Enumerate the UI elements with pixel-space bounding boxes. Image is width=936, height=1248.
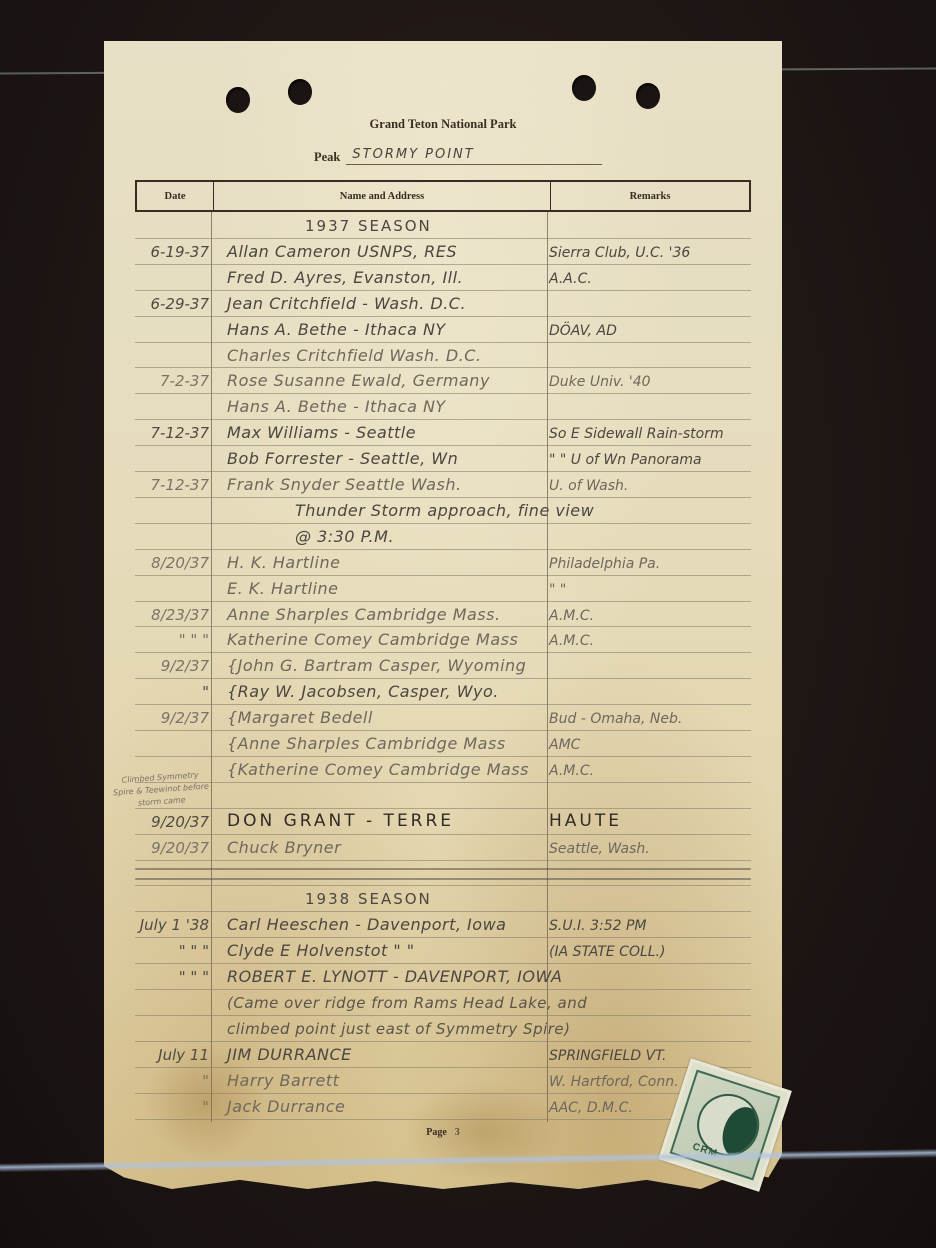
entry-name: @ 3:30 P.M. — [295, 527, 394, 546]
entry-remarks: Duke Univ. '40 — [549, 374, 651, 390]
entry-remarks: A.M.C. — [549, 763, 594, 779]
log-entry: Bob Forrester - Seattle, Wn" " U of Wn P… — [135, 445, 751, 471]
entry-name: ROBERT E. LYNOTT - DAVENPORT, IOWA — [227, 967, 562, 986]
page-number: 3 — [455, 1127, 460, 1138]
entry-name: {Margaret Bedell — [227, 708, 373, 727]
log-entry: {Katherine Comey Cambridge MassA.M.C. — [135, 756, 751, 782]
log-entry: 6-19-37Allan Cameron USNPS, RESSierra Cl… — [135, 238, 751, 264]
entry-name: Katherine Comey Cambridge Mass — [227, 630, 518, 649]
entry-date: " " " — [113, 942, 209, 960]
entry-name: Chuck Bryner — [227, 838, 341, 857]
entry-date: 8/20/37 — [113, 554, 209, 572]
log-entry: "{Ray W. Jacobsen, Casper, Wyo. — [135, 678, 751, 704]
page-label: Page — [426, 1127, 447, 1138]
log-entry: 6-29-37Jean Critchfield - Wash. D.C. — [135, 290, 751, 316]
entry-date: 7-2-37 — [113, 372, 209, 390]
entry-remarks: HAUTE — [549, 811, 622, 831]
log-entry: climbed point just east of Symmetry Spir… — [135, 1015, 751, 1041]
entry-name: Clyde E Holvenstot " " — [227, 941, 415, 960]
log-entry: E. K. Hartline" " — [135, 575, 751, 601]
entry-date: " " " — [113, 631, 209, 649]
entry-name: Allan Cameron USNPS, RES — [227, 242, 457, 261]
log-entry: 7-12-37Max Williams - SeattleSo E Sidewa… — [135, 419, 751, 445]
entry-remarks: U. of Wash. — [549, 478, 628, 494]
entry-name: Rose Susanne Ewald, Germany — [227, 371, 490, 390]
punch-hole-icon — [636, 83, 660, 109]
stamp-frame: CRM — [670, 1070, 781, 1181]
entry-remarks: A.M.C. — [549, 608, 594, 624]
entry-name: E. K. Hartline — [227, 579, 339, 598]
entry-name: H. K. Hartline — [227, 553, 340, 572]
entry-remarks: AAC, D.M.C. — [549, 1100, 633, 1116]
entry-name: Carl Heeschen - Davenport, Iowa — [227, 915, 506, 934]
form-title: Grand Teton National Park — [104, 117, 782, 132]
column-header-remarks: Remarks — [551, 182, 749, 210]
entry-remarks: " " — [549, 582, 566, 598]
log-entry: 7-2-37Rose Susanne Ewald, GermanyDuke Un… — [135, 367, 751, 393]
punch-hole-icon — [572, 75, 596, 101]
log-entry: 9/2/37{Margaret BedellBud - Omaha, Neb. — [135, 704, 751, 730]
log-entry: July 1 '38Carl Heeschen - Davenport, Iow… — [135, 911, 751, 937]
entry-name: Hans A. Bethe - Ithaca NY — [227, 397, 446, 416]
entry-remarks: Sierra Club, U.C. '36 — [549, 245, 690, 261]
entry-date: 9/2/37 — [113, 709, 209, 727]
entry-date: 9/20/37 — [113, 839, 209, 857]
column-headers: Date Name and Address Remarks — [135, 180, 751, 212]
entry-date: " " " — [113, 968, 209, 986]
entry-name: Jean Critchfield - Wash. D.C. — [227, 294, 466, 313]
entry-remarks: W. Hartford, Conn. — [549, 1074, 679, 1090]
entry-name: Hans A. Bethe - Ithaca NY — [227, 320, 446, 339]
punch-hole-icon — [288, 79, 312, 105]
entry-name: (Came over ridge from Rams Head Lake, an… — [227, 994, 587, 1012]
log-entry: 9/20/37DON GRANT - TERREHAUTE — [135, 808, 751, 834]
log-entry: 9/20/37Chuck BrynerSeattle, Wash. — [135, 834, 751, 860]
entry-date: 6-19-37 — [113, 243, 209, 261]
entry-name: 1938 SEASON — [305, 890, 432, 908]
log-entry: Charles Critchfield Wash. D.C. — [135, 342, 751, 368]
entry-date: 9/20/37 — [113, 813, 209, 831]
entry-name: 1937 SEASON — [305, 217, 432, 235]
log-entry: " " "ROBERT E. LYNOTT - DAVENPORT, IOWA — [135, 963, 751, 989]
entry-remarks: A.M.C. — [549, 633, 594, 649]
entry-name: {John G. Bartram Casper, Wyoming — [227, 656, 526, 675]
entry-name: Bob Forrester - Seattle, Wn — [227, 449, 458, 468]
register-sheet: Grand Teton National Park Peak STORMY PO… — [104, 41, 782, 1189]
entry-date: 8/23/37 — [113, 606, 209, 624]
log-entry: 8/20/37H. K. HartlinePhiladelphia Pa. — [135, 549, 751, 575]
entry-name: Anne Sharples Cambridge Mass. — [227, 605, 501, 624]
entry-date: " — [113, 683, 209, 701]
season-divider — [135, 868, 751, 870]
peak-value: STORMY POINT — [346, 146, 602, 165]
entry-remarks: Seattle, Wash. — [549, 841, 650, 857]
log-entry: 9/2/37{John G. Bartram Casper, Wyoming — [135, 652, 751, 678]
entry-name: {Ray W. Jacobsen, Casper, Wyo. — [227, 682, 499, 701]
log-entry: Hans A. Bethe - Ithaca NYDÖAV, AD — [135, 316, 751, 342]
peak-label: Peak — [314, 150, 340, 165]
entry-remarks: (IA STATE COLL.) — [549, 944, 665, 960]
log-entry: Thunder Storm approach, fine view — [135, 497, 751, 523]
entry-date: 7-12-37 — [113, 476, 209, 494]
entry-name: Frank Snyder Seattle Wash. — [227, 475, 462, 494]
water-stain — [144, 1041, 264, 1161]
entry-date: 7-12-37 — [113, 424, 209, 442]
season-heading: 1937 SEASON — [135, 212, 751, 238]
log-entry: (Came over ridge from Rams Head Lake, an… — [135, 989, 751, 1015]
entry-name: Thunder Storm approach, fine view — [295, 501, 594, 520]
log-entry: " " "Clyde E Holvenstot " "(IA STATE COL… — [135, 937, 751, 963]
log-entry: {Anne Sharples Cambridge MassAMC — [135, 730, 751, 756]
column-header-name: Name and Address — [214, 182, 551, 210]
season-divider — [135, 878, 751, 880]
entry-remarks: A.A.C. — [549, 271, 592, 287]
entry-remarks: DÖAV, AD — [549, 323, 617, 339]
column-header-date: Date — [137, 182, 214, 210]
entry-date: 6-29-37 — [113, 295, 209, 313]
entry-name: climbed point just east of Symmetry Spir… — [227, 1020, 571, 1038]
entry-name: {Anne Sharples Cambridge Mass — [227, 734, 506, 753]
entry-date: July 1 '38 — [113, 916, 209, 934]
season-heading: 1938 SEASON — [135, 885, 751, 911]
entry-remarks: AMC — [549, 737, 580, 753]
entry-remarks: So E Sidewall Rain-storm — [549, 426, 724, 442]
peak-field: Peak STORMY POINT — [314, 143, 602, 165]
log-entry: Fred D. Ayres, Evanston, Ill.A.A.C. — [135, 264, 751, 290]
entry-name: Charles Critchfield Wash. D.C. — [227, 346, 481, 365]
entry-remarks: " " U of Wn Panorama — [549, 452, 702, 468]
log-entry: Hans A. Bethe - Ithaca NY — [135, 393, 751, 419]
register-entries: Climbed Symmetry Spire & Teewinot before… — [135, 212, 751, 1122]
entry-remarks: SPRINGFIELD VT. — [549, 1048, 666, 1064]
entry-remarks: S.U.I. 3:52 PM — [549, 918, 646, 934]
entry-name: DON GRANT - TERRE — [227, 811, 454, 831]
entry-name: {Katherine Comey Cambridge Mass — [227, 760, 529, 779]
entry-remarks: Philadelphia Pa. — [549, 556, 660, 572]
entry-remarks: Bud - Omaha, Neb. — [549, 711, 682, 727]
log-entry: " " "Katherine Comey Cambridge MassA.M.C… — [135, 626, 751, 652]
punch-hole-icon — [226, 87, 250, 113]
log-entry — [135, 782, 751, 808]
entry-name: Max Williams - Seattle — [227, 423, 416, 442]
log-entry: @ 3:30 P.M. — [135, 523, 751, 549]
ruled-line — [135, 860, 751, 861]
entry-date: 9/2/37 — [113, 657, 209, 675]
log-entry: 8/23/37Anne Sharples Cambridge Mass.A.M.… — [135, 601, 751, 627]
log-entry: 7-12-37Frank Snyder Seattle Wash.U. of W… — [135, 471, 751, 497]
entry-name: Fred D. Ayres, Evanston, Ill. — [227, 268, 463, 287]
